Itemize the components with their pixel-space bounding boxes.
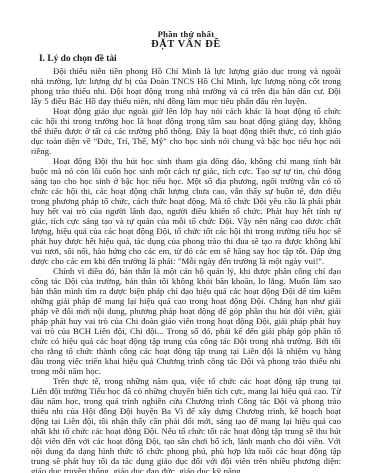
paragraph: Chính vì điều đó, bản thân là một cán bộ… [31,266,341,376]
paragraph: Hoạt động giáo dục ngoài giờ lên lớp hay… [31,106,341,156]
document-page: Phần thứ nhất ĐẶT VẤN ĐỀ I. Lý do chọn đ… [0,0,366,473]
part-label: Phần thứ nhất [31,29,341,39]
paragraph: Trên thực tế, trong những năm qua, việc … [31,376,341,473]
document-title: ĐẶT VẤN ĐỀ [31,39,341,51]
section-heading: I. Lý do chọn đề tài [39,54,341,65]
paragraph: Hoạt động Đội thu hút học sinh tham gia … [31,156,341,266]
document-header: Phần thứ nhất ĐẶT VẤN ĐỀ [31,29,341,51]
paragraph: Đội thiếu niên tiền phong Hồ Chí Minh là… [31,66,341,106]
document-body: Đội thiếu niên tiền phong Hồ Chí Minh là… [31,66,341,473]
